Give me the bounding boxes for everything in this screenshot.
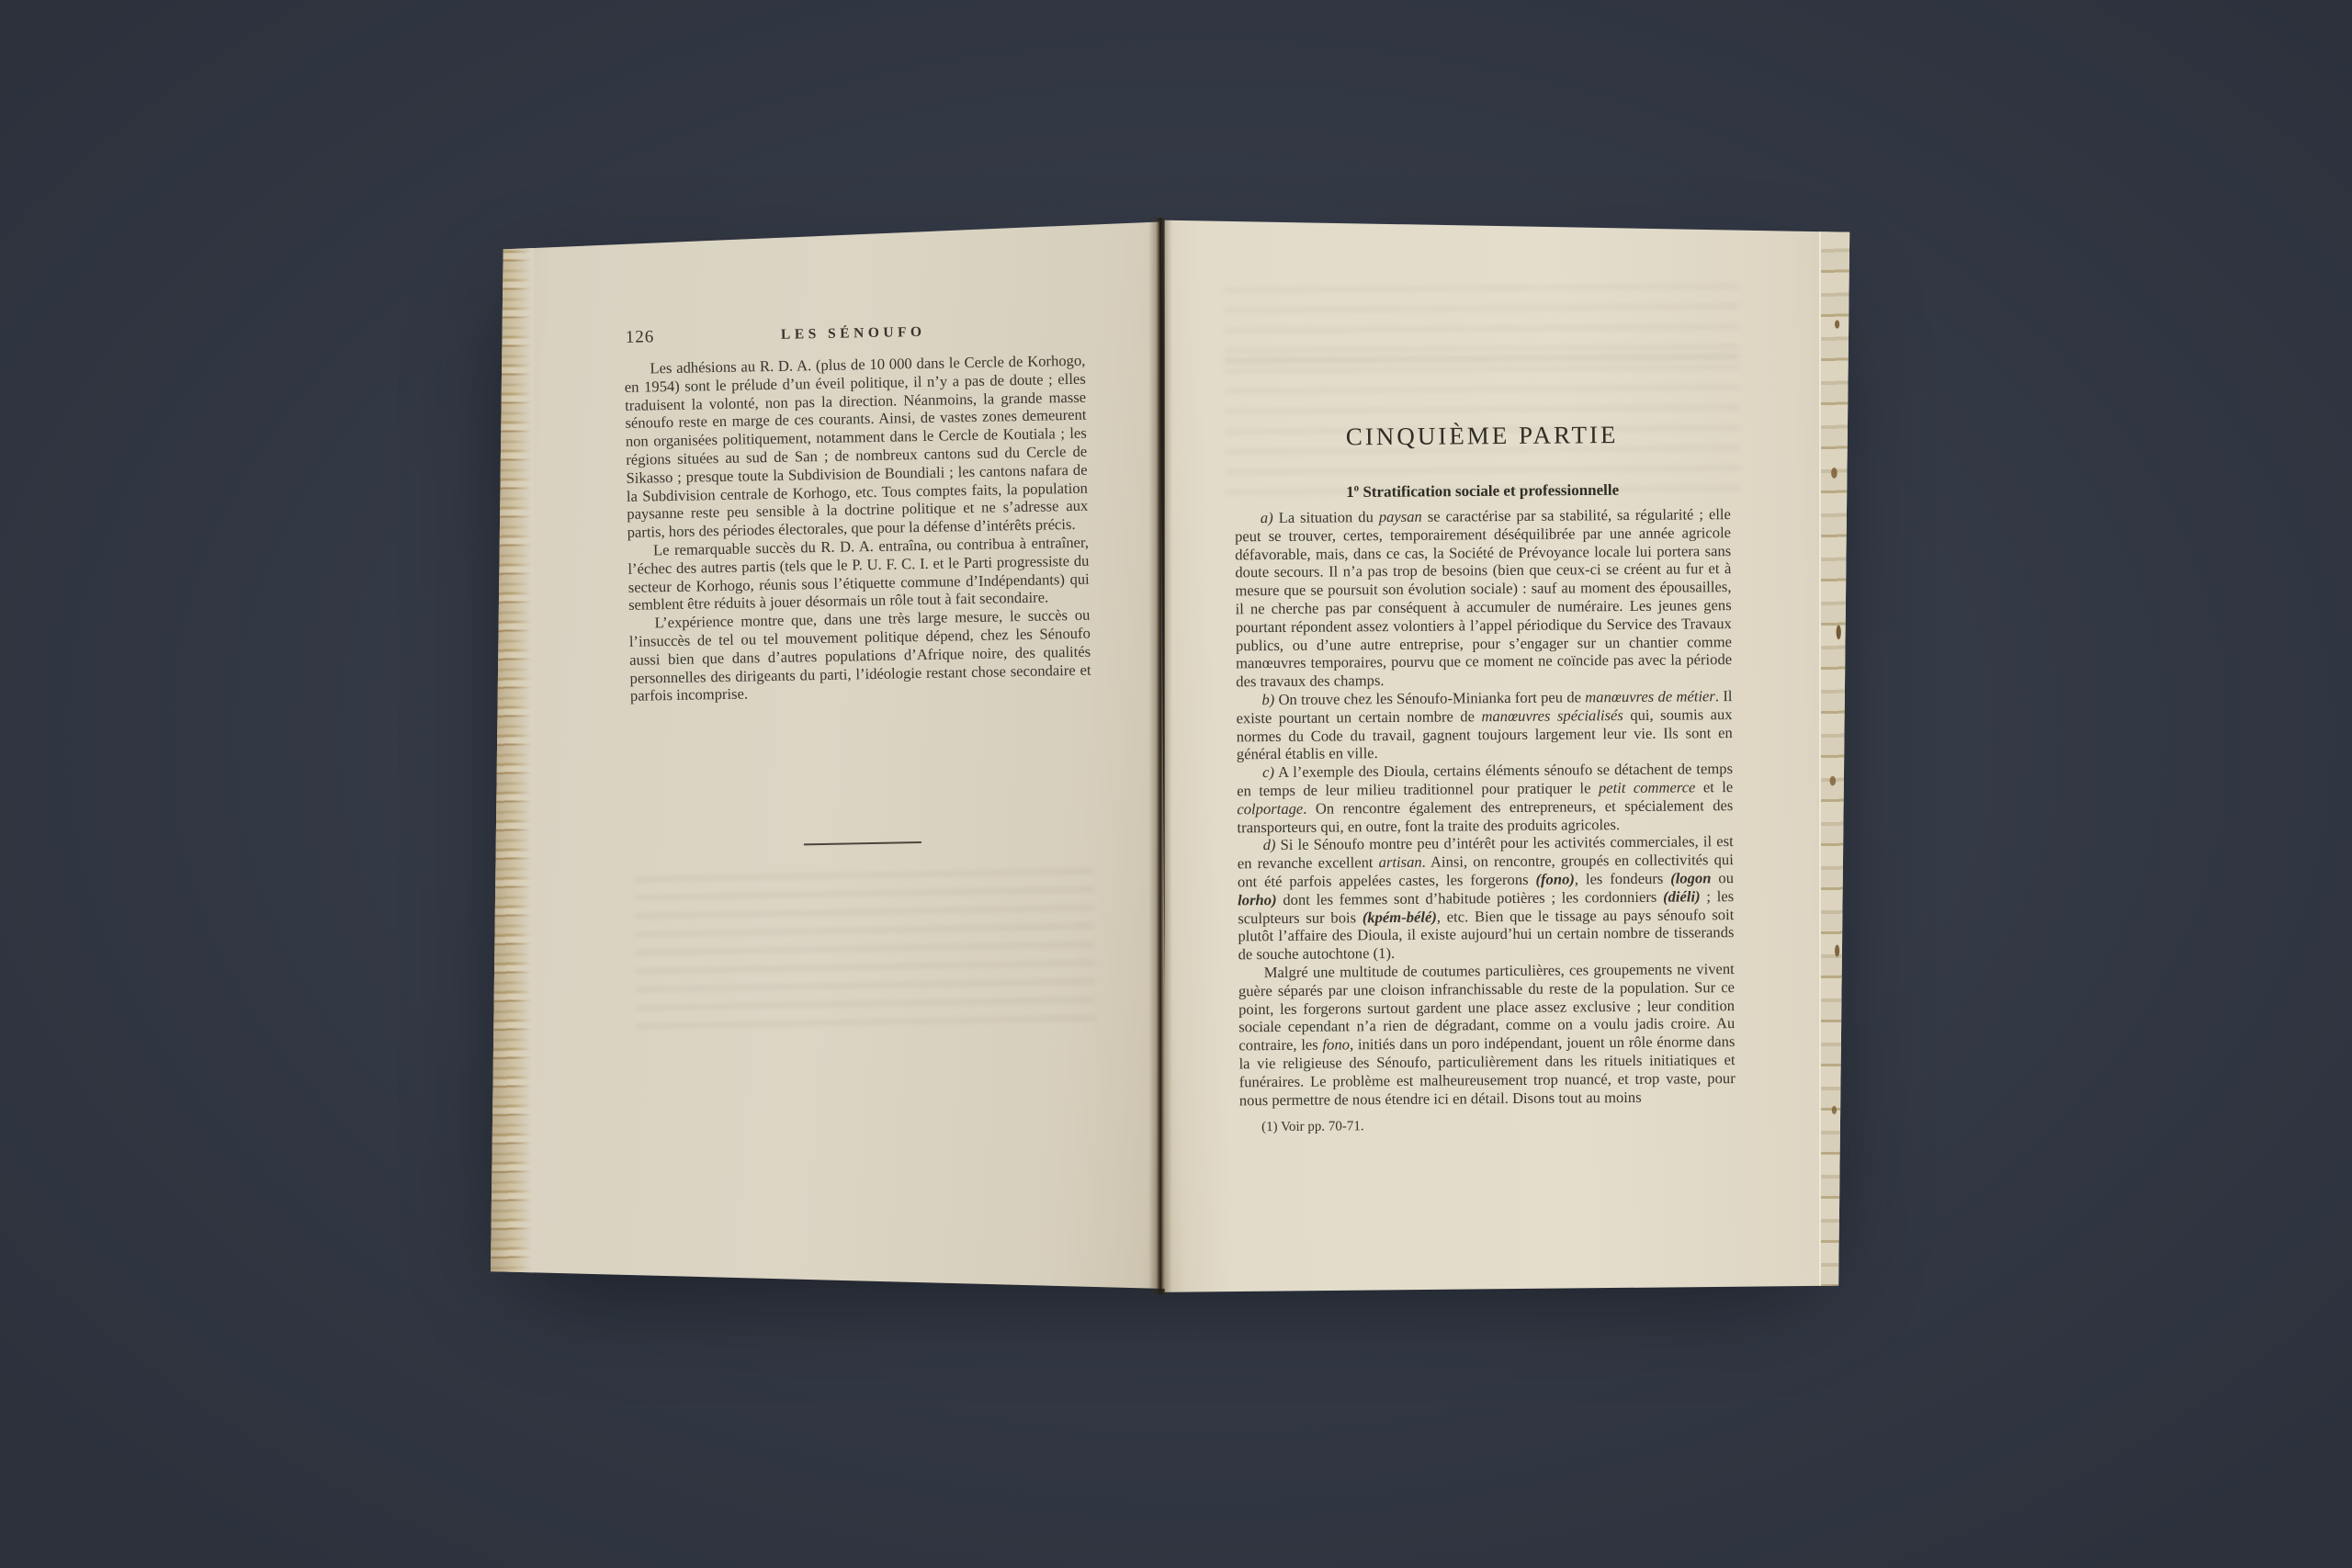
left-page: 126 LES SÉNOUFO Les adhésions au R. D. A… <box>473 216 1171 1295</box>
photo-backdrop: 126 LES SÉNOUFO Les adhésions au R. D. A… <box>0 0 2352 1568</box>
left-page-content: 126 LES SÉNOUFO Les adhésions au R. D. A… <box>465 209 1182 1302</box>
gutter-shadow <box>1148 218 1172 1294</box>
right-page-content: CINQUIÈME PARTIE 1o Stratification socia… <box>1159 213 1860 1303</box>
fore-edge-right <box>1819 229 1850 1291</box>
paragraph: a) La situation du paysan se caractérise… <box>1235 505 1733 691</box>
ink-bleed-through <box>1224 278 1740 493</box>
right-page-body: a) La situation du paysan se caractérise… <box>1235 505 1736 1110</box>
paragraph: Les adhésions au R. D. A. (plus de 10 00… <box>624 352 1089 542</box>
page-header: 126 LES SÉNOUFO <box>624 320 1083 352</box>
paragraph: c) A l’exemple des Dioula, certains élém… <box>1237 760 1734 836</box>
paragraph: d) Si le Sénoufo montre peu d’intérêt po… <box>1238 832 1735 964</box>
section-divider <box>804 841 922 845</box>
paragraph: Le remarquable succès du R. D. A. entraî… <box>628 534 1090 615</box>
running-header: LES SÉNOUFO <box>624 321 1083 346</box>
section-divider-row <box>633 829 1092 853</box>
footnote: (1) Voir pp. 70-71. <box>1239 1116 1736 1135</box>
paragraph: L’expérience montre que, dans une très l… <box>628 606 1091 705</box>
right-page: CINQUIÈME PARTIE 1o Stratification socia… <box>1162 216 1856 1300</box>
left-page-body: Les adhésions au R. D. A. (plus de 10 00… <box>624 352 1091 705</box>
section-heading: 1o Stratification sociale et professionn… <box>1235 479 1731 502</box>
part-title: CINQUIÈME PARTIE <box>1234 420 1730 452</box>
paragraph: Malgré une multitude de coutumes particu… <box>1238 960 1736 1110</box>
paragraph: b) On trouve chez les Sénoufo-Minianka f… <box>1236 687 1733 763</box>
ink-bleed-through <box>633 854 1095 1028</box>
